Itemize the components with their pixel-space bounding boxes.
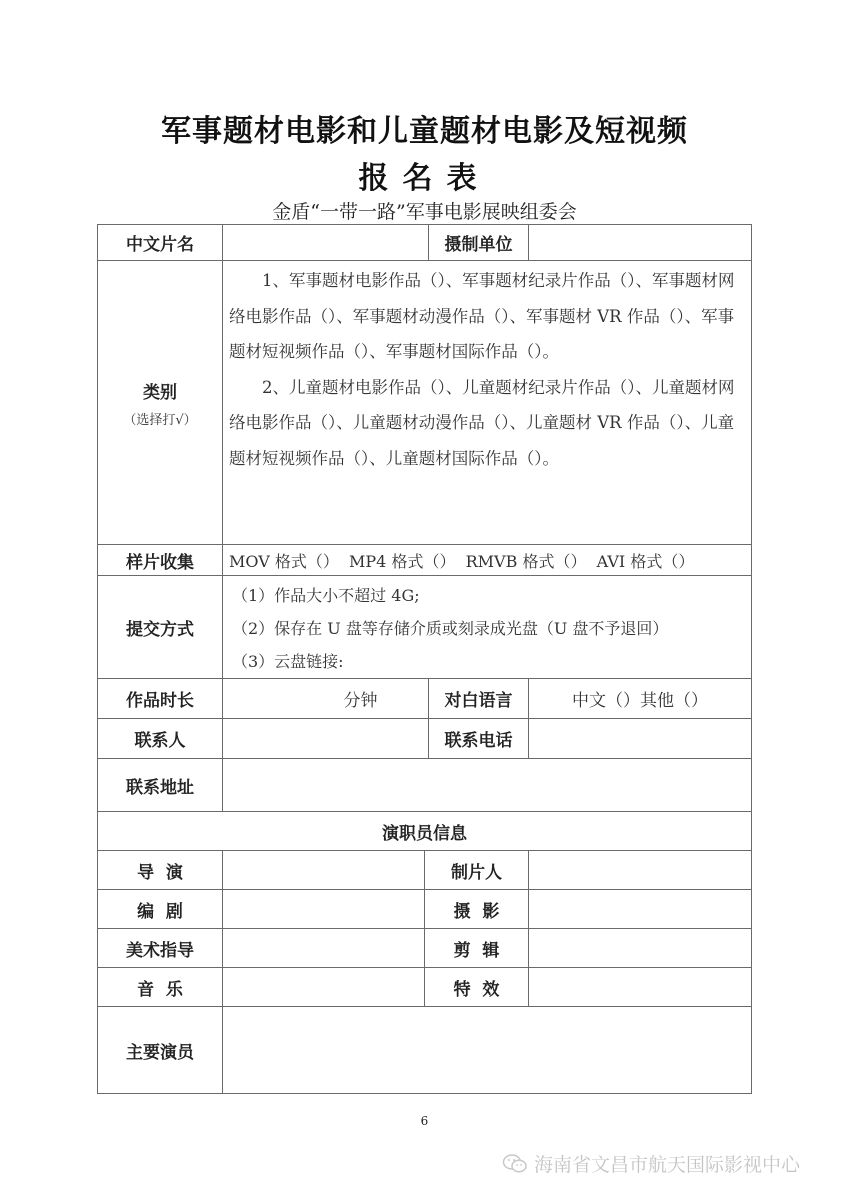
category-options[interactable]: 1、军事题材电影作品（）、军事题材纪录片作品（）、军事题材网络电影作品（）、军事… bbox=[229, 263, 749, 476]
director-field[interactable] bbox=[223, 851, 424, 889]
visual-effects-label: 特 效 bbox=[425, 968, 528, 1006]
wechat-icon bbox=[502, 1153, 528, 1175]
duration-label: 作品时长 bbox=[98, 679, 222, 718]
producer-unit-field[interactable] bbox=[529, 225, 751, 260]
submission-option: （1）作品大小不超过 4G; bbox=[232, 579, 750, 612]
category-military-options[interactable]: 1、军事题材电影作品（）、军事题材纪录片作品（）、军事题材网络电影作品（）、军事… bbox=[229, 263, 747, 370]
main-cast-label: 主要演员 bbox=[98, 1007, 222, 1093]
sample-format-options[interactable]: MOV 格式（） MP4 格式（） RMVB 格式（） AVI 格式（） bbox=[229, 545, 749, 575]
category-children-options[interactable]: 2、儿童题材电影作品（）、儿童题材纪录片作品（）、儿童题材网络电影作品（）、儿童… bbox=[229, 370, 747, 477]
visual-effects-field[interactable] bbox=[529, 968, 751, 1006]
category-label-cell: 类别 （选择打√） bbox=[98, 261, 222, 544]
phone-field[interactable] bbox=[529, 719, 751, 758]
art-director-label: 美术指导 bbox=[98, 929, 222, 967]
music-field[interactable] bbox=[223, 968, 424, 1006]
crew-info-header: 演职员信息 bbox=[98, 812, 751, 850]
page-number: 6 bbox=[0, 1114, 849, 1128]
screenwriter-field[interactable] bbox=[223, 890, 424, 928]
contact-person-label: 联系人 bbox=[98, 719, 222, 758]
producer-field[interactable] bbox=[529, 851, 751, 889]
cinematography-field[interactable] bbox=[529, 890, 751, 928]
category-label: 类别 bbox=[143, 378, 177, 403]
phone-label: 联系电话 bbox=[429, 719, 528, 758]
director-label: 导 演 bbox=[98, 851, 222, 889]
editing-label: 剪 辑 bbox=[425, 929, 528, 967]
page-title: 军事题材电影和儿童题材电影及短视频 bbox=[0, 106, 849, 150]
sample-collection-label: 样片收集 bbox=[98, 545, 222, 575]
watermark: 海南省文昌市航天国际影视中心 bbox=[502, 1150, 800, 1177]
main-cast-field[interactable] bbox=[223, 1007, 751, 1093]
language-label: 对白语言 bbox=[429, 679, 528, 718]
table-border-bottom bbox=[97, 1093, 752, 1094]
submission-method-label: 提交方式 bbox=[98, 576, 222, 678]
producer-label: 制片人 bbox=[425, 851, 528, 889]
contact-person-field[interactable] bbox=[223, 719, 428, 758]
film-name-label: 中文片名 bbox=[98, 225, 222, 260]
film-name-field[interactable] bbox=[223, 225, 428, 260]
submission-option: （2）保存在 U 盘等存储介质或刻录成光盘（U 盘不予退回） bbox=[232, 612, 750, 645]
editing-field[interactable] bbox=[529, 929, 751, 967]
language-options[interactable]: 中文（）其他（） bbox=[529, 679, 751, 718]
producer-unit-label: 摄制单位 bbox=[429, 225, 528, 260]
table-border-right bbox=[751, 224, 752, 1094]
submission-option[interactable]: （3）云盘链接: bbox=[232, 645, 750, 678]
screenwriter-label: 编 剧 bbox=[98, 890, 222, 928]
page-title-form: 报名表 bbox=[0, 153, 849, 197]
organizer-subtitle: 金盾“一带一路”军事电影展映组委会 bbox=[0, 197, 849, 224]
category-hint: （选择打√） bbox=[123, 409, 196, 428]
duration-field[interactable]: 分钟 bbox=[223, 679, 428, 718]
address-label: 联系地址 bbox=[98, 759, 222, 811]
cinematography-label: 摄 影 bbox=[425, 890, 528, 928]
art-director-field[interactable] bbox=[223, 929, 424, 967]
music-label: 音 乐 bbox=[98, 968, 222, 1006]
submission-method-options: （1）作品大小不超过 4G; （2）保存在 U 盘等存储介质或刻录成光盘（U 盘… bbox=[232, 579, 750, 678]
address-field[interactable] bbox=[223, 759, 751, 811]
watermark-text: 海南省文昌市航天国际影视中心 bbox=[534, 1150, 800, 1177]
